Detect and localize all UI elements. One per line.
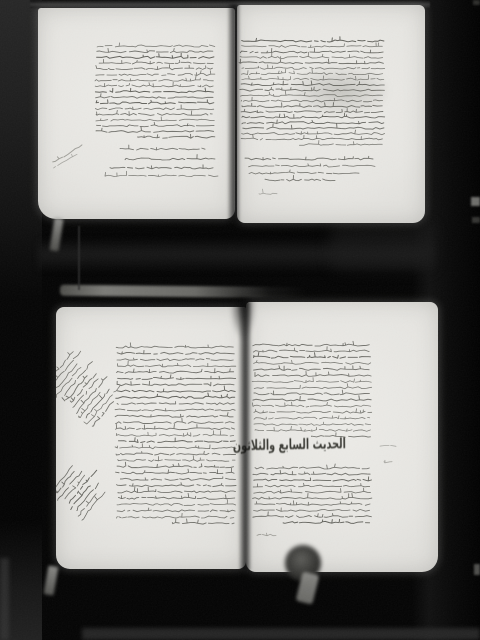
manuscript-page-bottom-right: الحديث السابع والثلاثون: [246, 302, 438, 572]
catchword: [259, 189, 277, 194]
film-edge-notch: [471, 197, 480, 206]
text-below-heading: [253, 464, 372, 523]
cradle-post-lower: [44, 565, 59, 595]
manuscript-page-top-left: [38, 8, 235, 219]
marginal-notes-upper: [56, 345, 125, 428]
marginal-note: [380, 445, 396, 462]
microfilm-photograph: الحديث السابع والثلاثون: [0, 0, 480, 640]
handwriting-layer: [237, 5, 425, 223]
manuscript-page-top-right: [237, 5, 425, 223]
film-edge-notch: [473, 0, 480, 5]
main-text-block: [239, 37, 385, 145]
book-gutter-shadow-top: [227, 4, 241, 222]
film-edge-left-bottom: [0, 558, 9, 640]
marginal-flourish: [50, 143, 85, 168]
film-edge-notch: [472, 217, 480, 223]
cradle-hairline: [78, 226, 80, 290]
main-text-block: [95, 43, 215, 138]
gutter-top-shadow: [230, 298, 256, 340]
closing-lines: [105, 145, 218, 177]
main-text-block: [115, 343, 236, 524]
text-above-heading: [252, 341, 372, 437]
handwriting-layer: [38, 8, 235, 219]
frame-gap-highlight: [330, 224, 434, 270]
manuscript-page-bottom-left: [56, 307, 246, 569]
handwriting-layer: [56, 307, 246, 569]
film-edge-notch: [474, 564, 480, 575]
closing-paragraph: [245, 156, 375, 181]
cradle-shelf-edge: [60, 285, 306, 299]
catchword: [257, 533, 276, 536]
book-gutter-shadow-bottom: [238, 302, 252, 570]
marginal-notes-lower: [56, 455, 113, 521]
frame-edge-strip-bottom: [82, 628, 480, 640]
film-dark-band-left: [0, 0, 42, 640]
section-heading-calligraphy: الحديث السابع والثلاثون: [260, 435, 347, 468]
